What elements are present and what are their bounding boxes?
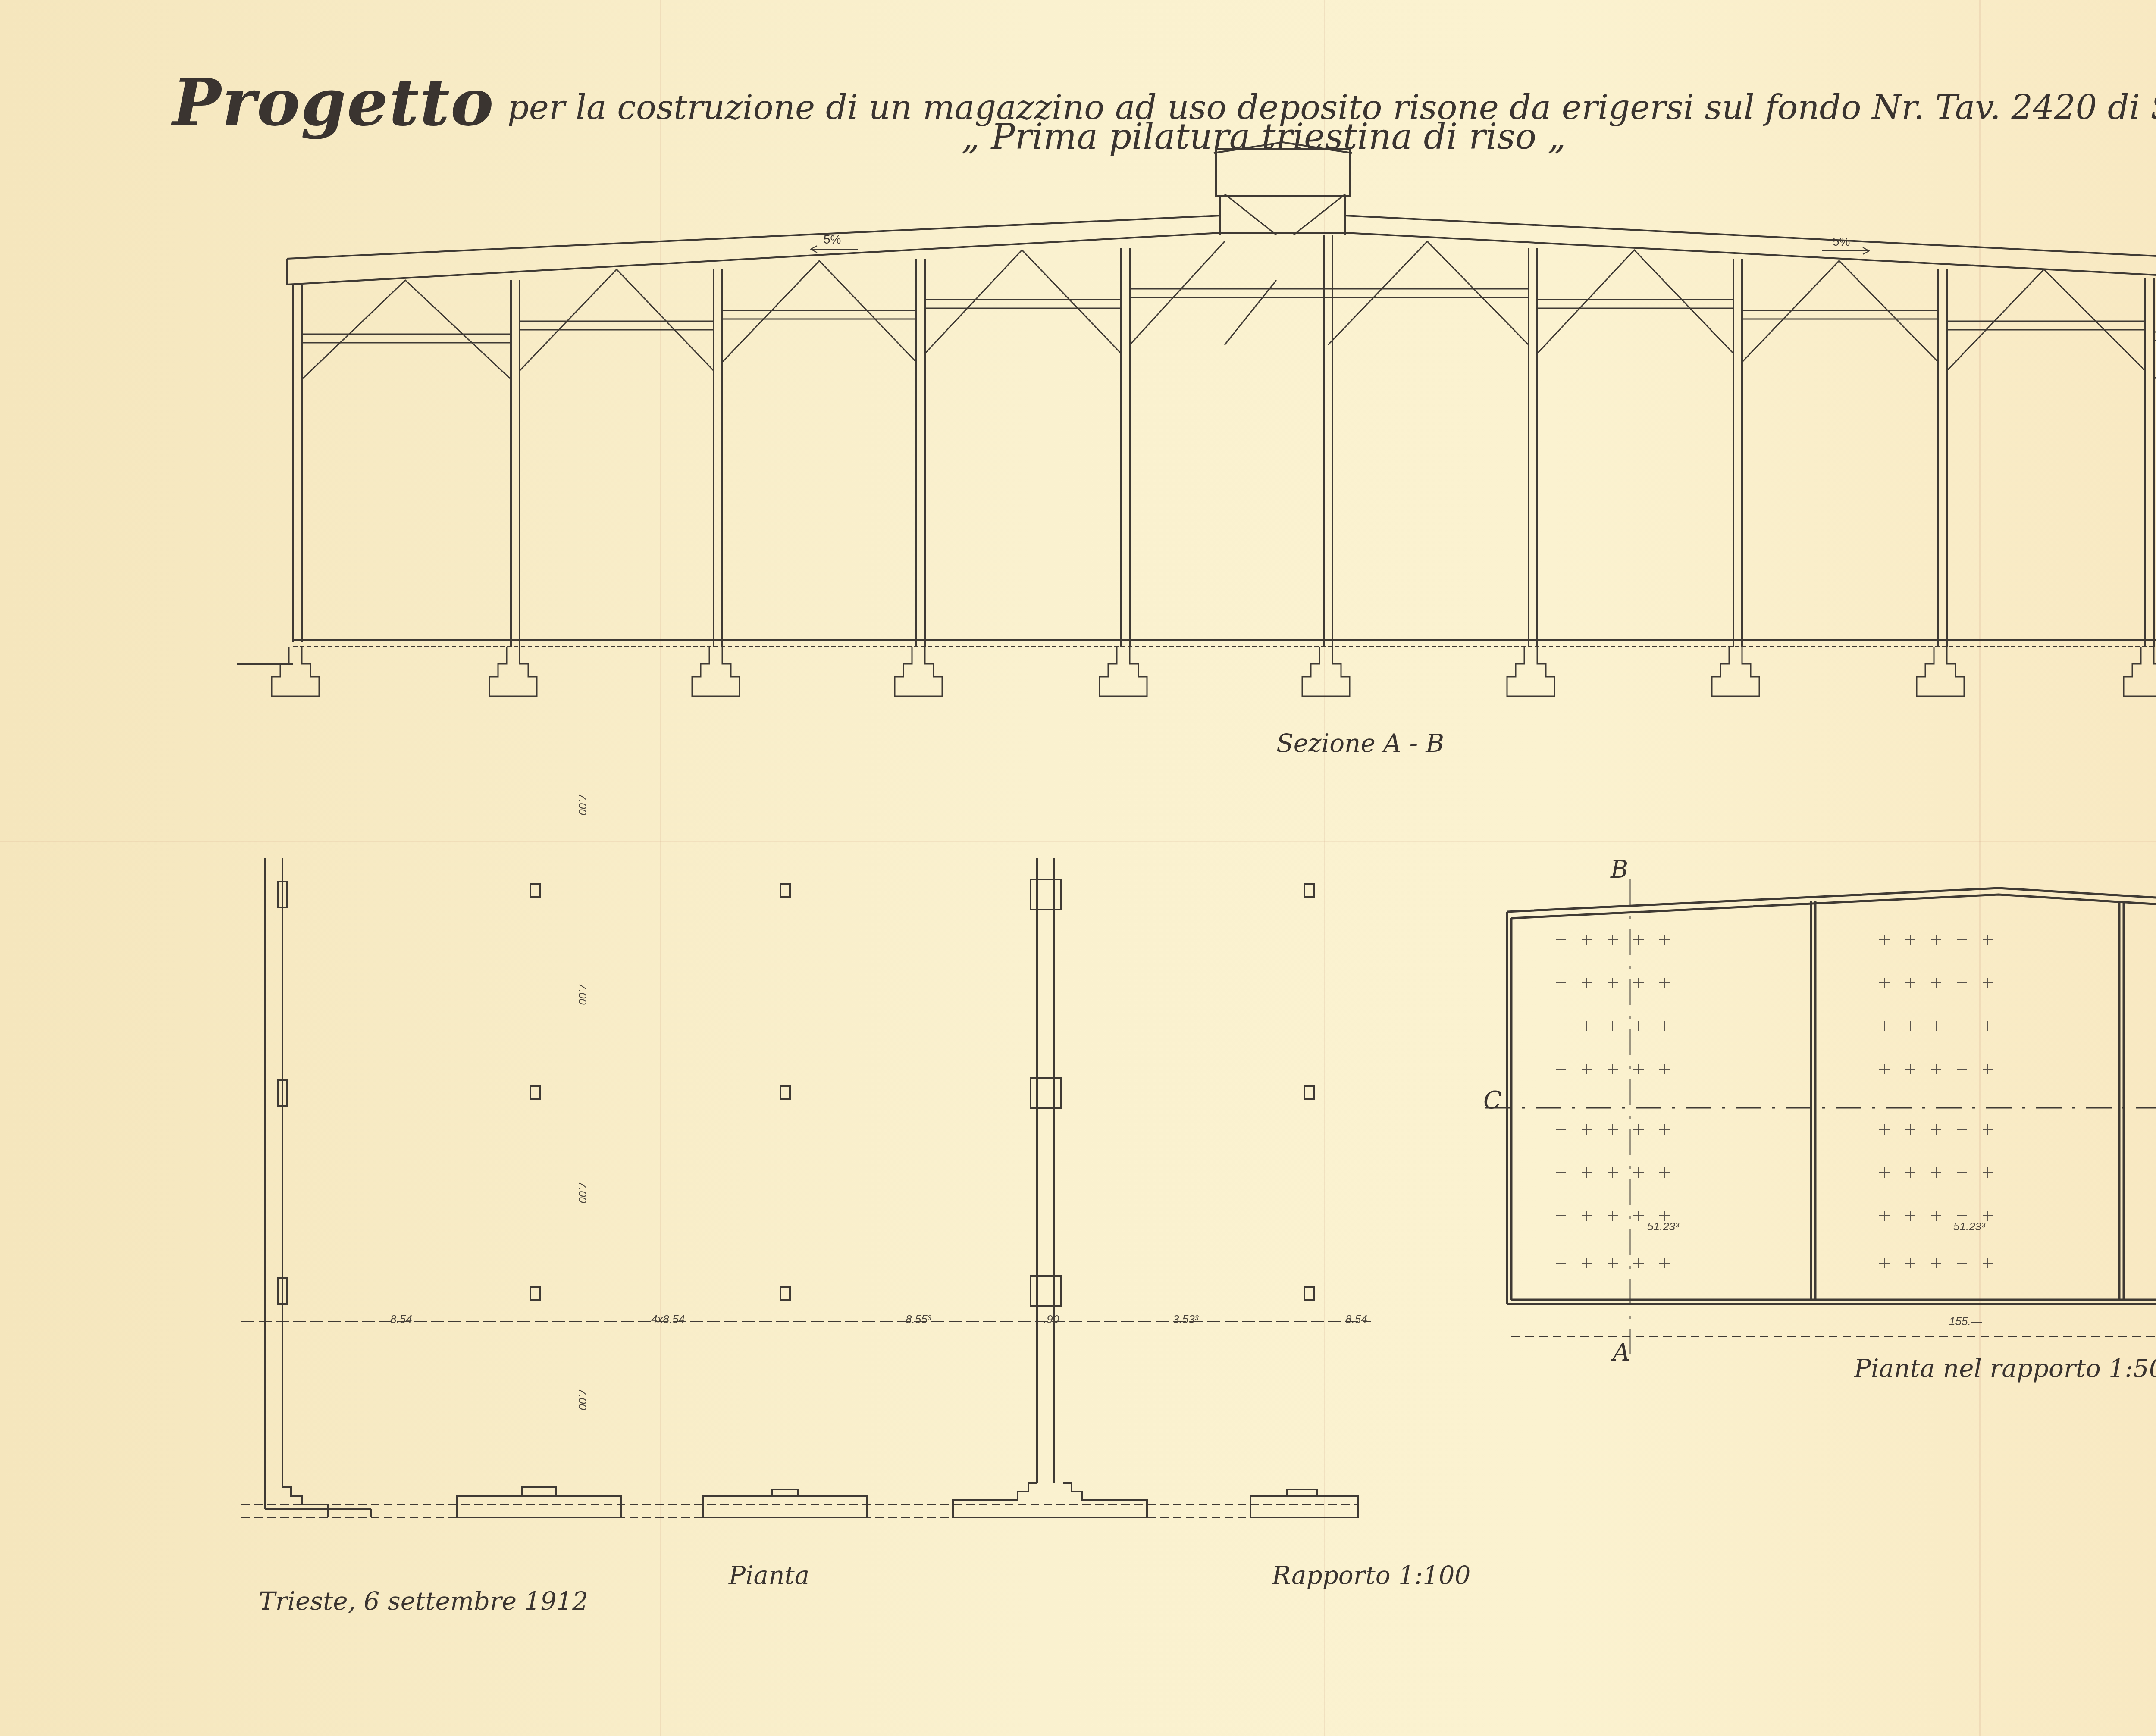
roof-slope-right: 5% [1833,235,1850,249]
roof-slope-left: 5% [824,233,841,247]
plan-detail-scale: Rapporto 1:100 [1272,1561,1470,1590]
dim: 8.54 [390,1313,412,1326]
bay-width: 51.23³ [1647,1220,1679,1233]
total-width: 155.— [1949,1315,1982,1328]
bay-width: 51.23³ [1953,1220,1985,1233]
technical-drawings [0,0,2156,1736]
column-grid [1556,935,2156,1268]
plan-overall-label: Pianta nel rapporto 1:500 [1854,1354,2156,1383]
dim: 7.00 [576,983,589,1005]
plan-detail-drawing [241,819,1371,1517]
dim: 4x8.54 [651,1313,685,1326]
footings [272,647,2156,696]
dim: 7.00 [576,1181,589,1203]
tie-beams [302,289,2156,343]
dim: 8.54 [1345,1313,1367,1326]
truss-diagonals [302,194,2156,379]
dim: 8.55³ [906,1313,931,1326]
plan-detail-label: Pianta [729,1561,809,1590]
dim: .90 [1044,1313,1059,1326]
dim: 7.00 [576,793,589,815]
place-date: Trieste, 6 settembre 1912 [259,1586,588,1616]
dim: 3.53³ [1173,1313,1198,1326]
section-mark-b: B [1611,856,1628,884]
plan-overall-drawing [1485,879,2156,1354]
section-mark-c: C [1483,1086,1502,1114]
section-a-b-drawing [237,142,2156,696]
drawing-sheet: Progettoper la costruzione di un magazzi… [0,0,2156,1736]
dim: 7.00 [576,1388,589,1410]
column [511,235,2154,647]
section-label: Sezione A - B [1276,729,1444,758]
section-mark-a: A [1613,1339,1630,1367]
